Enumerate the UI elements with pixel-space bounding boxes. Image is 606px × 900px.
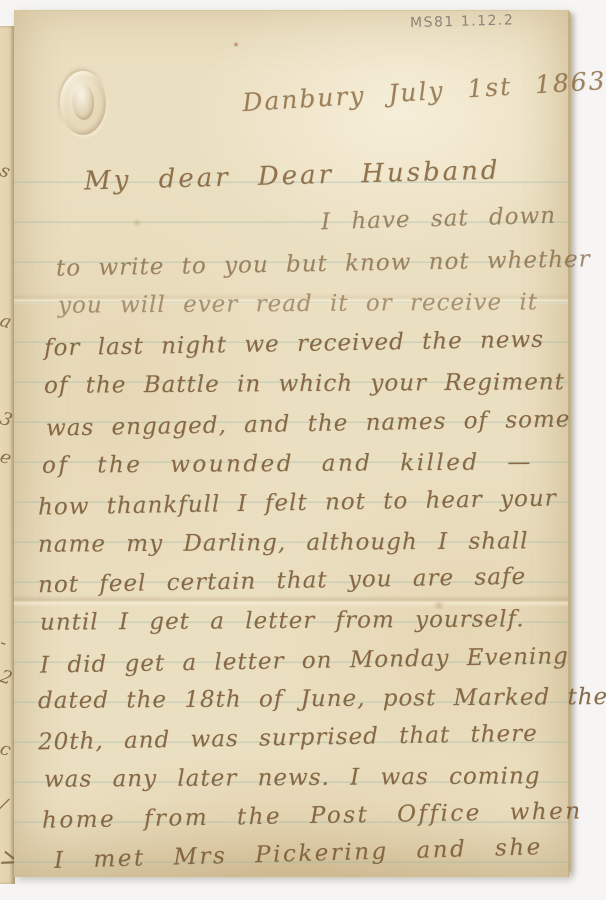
salutation: My dear Dear Husband — [84, 156, 501, 197]
pencil-archival-note: MS81 1.12.2 — [410, 11, 570, 31]
letter-line: name my Darling, although I shall — [38, 526, 529, 559]
letter-line: I have sat down — [321, 201, 557, 238]
letter-line: not feel certain that you are safe — [38, 562, 527, 601]
back-leaf-edge: s a 3 e - 2 c / > — [0, 26, 15, 884]
seal-bust-icon — [72, 84, 94, 120]
letter-line: of the wounded and killed — — [42, 447, 533, 480]
edge-ink-mark: e — [0, 448, 15, 470]
letter-line: I met Mrs Pickering and she — [54, 832, 543, 876]
paper-sheet: MS81 1.12.2 Danbury July 1st 1863 My dea… — [14, 10, 569, 877]
foxing-spot — [233, 42, 239, 47]
letter-line: to write to you but know not whether — [56, 244, 591, 283]
letter-line: you will ever read it or receive it — [58, 287, 538, 320]
letter-line: of the Battle in which your Regiment — [44, 367, 565, 401]
edge-ink-mark: 3 — [0, 410, 15, 432]
letter-line: for last night we received the news — [44, 325, 544, 364]
letter-line: home from the Post Office when — [42, 796, 583, 835]
embossed-seal-icon — [60, 71, 106, 135]
edge-ink-mark: > — [0, 848, 15, 870]
letter-line: how thankfull I felt not to hear your — [38, 483, 557, 522]
foxing-spot — [132, 219, 142, 227]
letter-line: I did get a letter on Monday Evening — [40, 641, 569, 680]
edge-ink-mark: - — [0, 634, 15, 656]
letter-scan: s a 3 e - 2 c / > MS81 1.12.2 Danbury Ju… — [0, 0, 606, 900]
letter-line: dated the 18th of June, post Marked the — [38, 682, 606, 716]
edge-ink-mark: 2 — [0, 668, 15, 690]
edge-ink-mark: a — [0, 312, 15, 334]
edge-ink-mark: s — [0, 162, 15, 184]
edge-ink-mark: c — [0, 740, 15, 762]
edge-ink-mark: / — [0, 796, 15, 818]
letter-line: was any later news. I was coming — [44, 761, 541, 794]
letter-line: was engaged, and the names of some — [46, 404, 571, 443]
letter-line: until I get a letter from yourself. — [40, 604, 525, 637]
letter-line: 20th, and was surprised that there — [38, 719, 538, 758]
dateline: Danbury July 1st 1863 — [241, 66, 606, 117]
